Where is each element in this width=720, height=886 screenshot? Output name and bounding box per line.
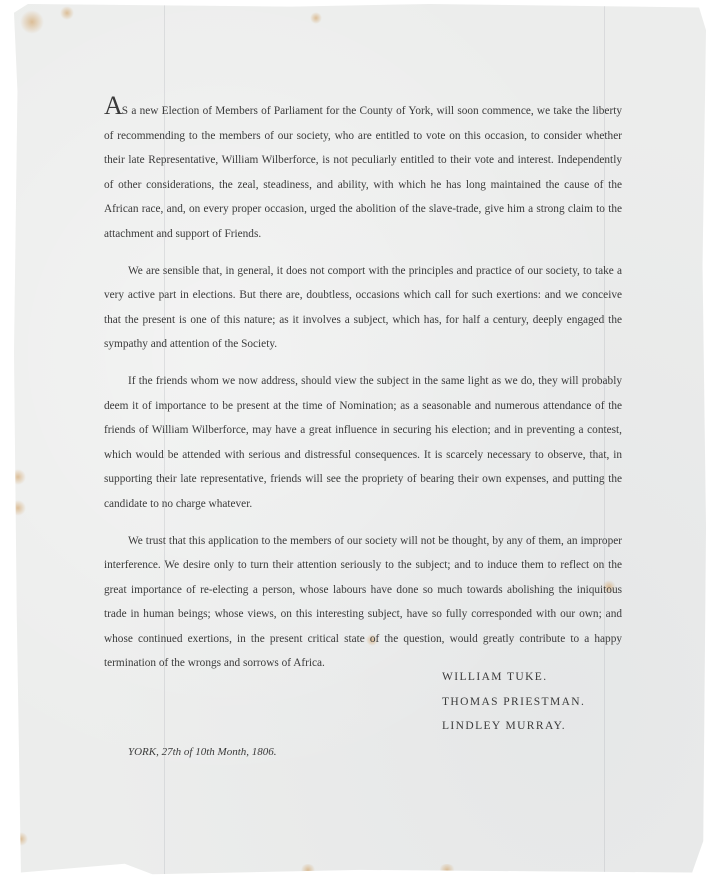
signatory: LINDLEY MURRAY. <box>442 714 585 739</box>
foxing-stain <box>10 469 26 485</box>
drop-cap: A <box>104 91 122 120</box>
foxing-stain <box>438 864 456 876</box>
foxing-stain <box>60 6 74 20</box>
foxing-stain <box>10 500 26 516</box>
signatories: WILLIAM TUKE. THOMAS PRIESTMAN. LINDLEY … <box>442 665 585 739</box>
foxing-stain <box>14 832 28 846</box>
foxing-stain <box>20 10 44 34</box>
paragraph-2: We are sensible that, in general, it doe… <box>104 259 622 357</box>
signatory: THOMAS PRIESTMAN. <box>442 690 585 715</box>
paragraph-1: AS a new Election of Members of Parliame… <box>104 96 622 247</box>
foxing-stain <box>310 12 322 24</box>
signatory: WILLIAM TUKE. <box>442 665 585 690</box>
dateline: YORK, 27th of 10th Month, 1806. <box>128 746 277 758</box>
paragraph-3: If the friends whom we now address, shou… <box>104 369 622 517</box>
letter-body: AS a new Election of Members of Parliame… <box>104 96 622 688</box>
foxing-stain <box>300 864 316 876</box>
paragraph-4: We trust that this application to the me… <box>104 529 622 677</box>
